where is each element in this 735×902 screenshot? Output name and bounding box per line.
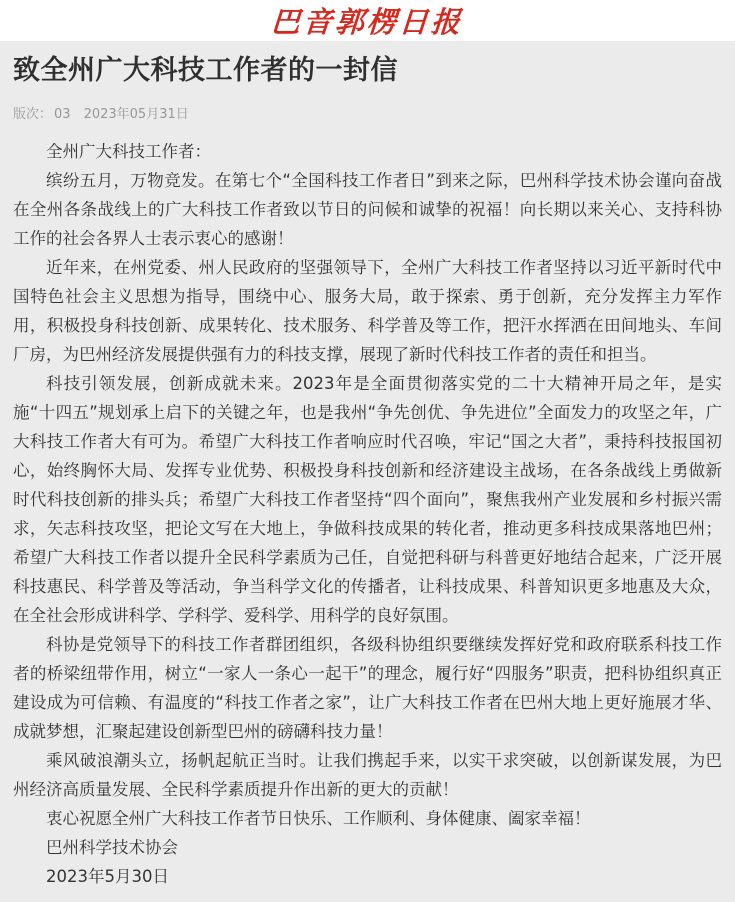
article-paragraph: 近年来，在州党委、州人民政府的坚强领导下，全州广大科技工作者坚持以习近平新时代中…	[13, 253, 722, 369]
article: 致全州广大科技工作者的一封信 版次： 03 2023年05月31日 全州广大科技…	[0, 41, 735, 891]
signature-date: 2023年5月30日	[13, 862, 722, 891]
edition-label: 版次：	[13, 103, 52, 122]
article-paragraph: 衷心祝愿全州广大科技工作者节日快乐、工作顺利、身体健康、阖家幸福！	[13, 804, 722, 833]
newspaper-logo[interactable]: 巴音郭楞日报	[270, 0, 465, 41]
edition-number: 03	[54, 107, 71, 122]
salutation-line: 全州广大科技工作者：	[13, 137, 722, 166]
newspaper-article-page: 巴音郭楞日报 致全州广大科技工作者的一封信 版次： 03 2023年05月31日…	[0, 0, 735, 902]
article-title: 致全州广大科技工作者的一封信	[13, 41, 722, 88]
article-paragraph: 科技引领发展，创新成就未来。2023年是全面贯彻落实党的二十大精神开局之年，是实…	[13, 369, 722, 630]
signature-organization: 巴州科学技术协会	[13, 833, 722, 862]
newspaper-masthead: 巴音郭楞日报	[0, 0, 735, 41]
article-paragraph: 缤纷五月，万物竞发。在第七个“全国科技工作者日”到来之际，巴州科学技术协会谨向奋…	[13, 166, 722, 253]
article-paragraph: 科协是党领导下的科技工作者群团组织，各级科协组织要继续发挥好党和政府联系科技工作…	[13, 630, 722, 746]
article-paragraph: 乘风破浪潮头立，扬帆起航正当时。让我们携起手来，以实干求突破，以创新谋发展，为巴…	[13, 746, 722, 804]
article-body: 全州广大科技工作者： 缤纷五月，万物竞发。在第七个“全国科技工作者日”到来之际，…	[13, 137, 722, 891]
publish-date: 2023年05月31日	[84, 103, 189, 122]
article-meta: 版次： 03 2023年05月31日	[13, 103, 722, 122]
